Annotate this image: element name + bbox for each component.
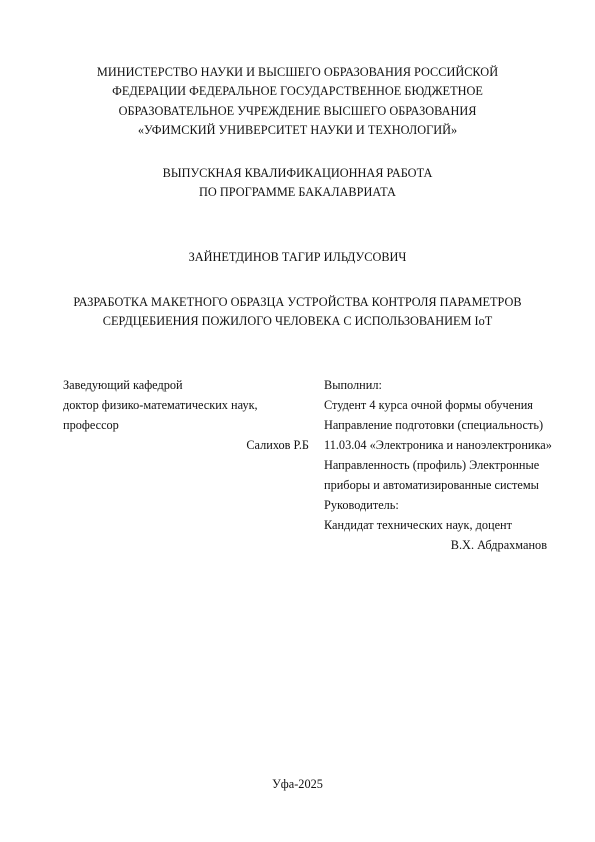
footer-city-year: Уфа-2025	[0, 776, 595, 792]
title-line: РАЗРАБОТКА МАКЕТНОГО ОБРАЗЦА УСТРОЙСТВА …	[0, 294, 595, 310]
head-of-department-name: Салихов Р.Б	[246, 437, 309, 453]
performer-line: приборы и автоматизированные системы	[324, 477, 539, 493]
performer-line: Студент 4 курса очной формы обучения	[324, 397, 533, 413]
supervisor-name: В.Х. Абдрахманов	[451, 537, 547, 553]
performer-line: Руководитель:	[324, 497, 399, 513]
head-of-department-line: профессор	[63, 417, 119, 433]
performer-line: Направленность (профиль) Электронные	[324, 457, 539, 473]
work-type-line: ВЫПУСКНАЯ КВАЛИФИКАЦИОННАЯ РАБОТА	[0, 165, 595, 181]
header-line: ОБРАЗОВАТЕЛЬНОЕ УЧРЕЖДЕНИЕ ВЫСШЕГО ОБРАЗ…	[0, 103, 595, 119]
author-name: ЗАЙНЕТДИНОВ ТАГИР ИЛЬДУСОВИЧ	[0, 249, 595, 265]
header-line: ФЕДЕРАЦИИ ФЕДЕРАЛЬНОЕ ГОСУДАРСТВЕННОЕ БЮ…	[0, 83, 595, 99]
head-of-department-line: доктор физико-математических наук,	[63, 397, 258, 413]
performer-line: Кандидат технических наук, доцент	[324, 517, 512, 533]
performer-line: 11.03.04 «Электроника и наноэлектроника»	[324, 437, 552, 453]
header-line: МИНИСТЕРСТВО НАУКИ И ВЫСШЕГО ОБРАЗОВАНИЯ…	[0, 64, 595, 80]
work-type-line: ПО ПРОГРАММЕ БАКАЛАВРИАТА	[0, 184, 595, 200]
head-of-department-line: Заведующий кафедрой	[63, 377, 183, 393]
performer-line: Направление подготовки (специальность)	[324, 417, 543, 433]
performer-line: Выполнил:	[324, 377, 382, 393]
header-line: «УФИМСКИЙ УНИВЕРСИТЕТ НАУКИ И ТЕХНОЛОГИЙ…	[0, 122, 595, 138]
title-line: СЕРДЦЕБИЕНИЯ ПОЖИЛОГО ЧЕЛОВЕКА С ИСПОЛЬЗ…	[0, 313, 595, 329]
